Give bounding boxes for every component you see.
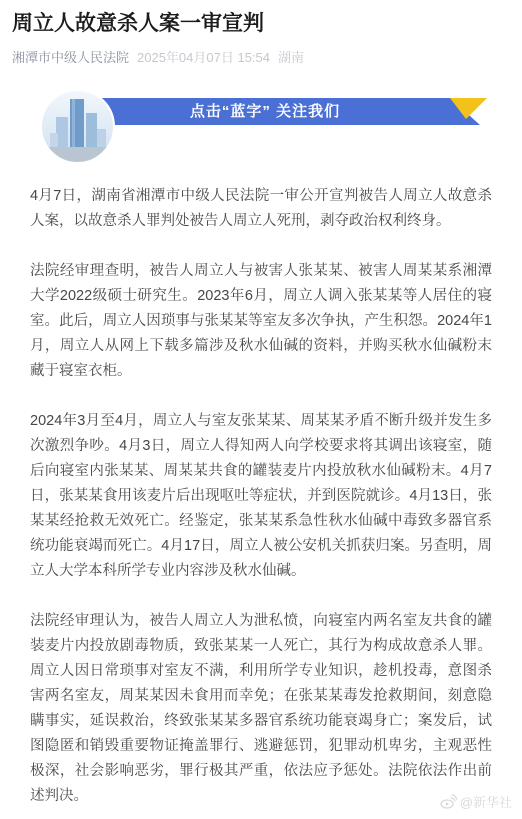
ribbon-fold-icon [450, 98, 488, 125]
follow-us-ribbon-bar[interactable]: 点击“蓝字” 关注我们 [80, 98, 450, 125]
watermark-text: @新华社 [460, 792, 512, 811]
article-paragraph: 4月7日，湖南省湘潭市中级人民法院一审公开宣判被告人周立人故意杀人案，以故意杀人… [30, 184, 492, 234]
watermark: @新华社 [440, 792, 512, 811]
follow-us-banner[interactable]: 点击“蓝字” 关注我们 [0, 89, 522, 163]
article-paragraph: 法院经审理查明，被告人周立人与被害人张某某、被害人周某某系湘潭大学2022级硕士… [30, 259, 492, 384]
publish-date: 2025年04月07日 15:54 [137, 47, 270, 66]
account-name-link[interactable]: 湘潭市中级人民法院 [12, 47, 129, 66]
article-header: 周立人故意杀人案一审宣判 湘潭市中级人民法院 2025年04月07日 15:54… [0, 0, 522, 66]
article-meta: 湘潭市中级人民法院 2025年04月07日 15:54 湖南 [12, 47, 508, 66]
publish-region: 湖南 [278, 47, 304, 66]
article-paragraph: 2024年3月至4月，周立人与室友张某某、周某某矛盾不断升级并发生多次激烈争吵。… [30, 409, 492, 584]
article-paragraph: 法院经审理认为，被告人周立人为泄私愤，向寝室内两名室友共食的罐装麦片内投放剧毒物… [30, 609, 492, 809]
weibo-logo-icon [440, 794, 457, 809]
city-skyline-icon[interactable] [40, 89, 115, 164]
article-title: 周立人故意杀人案一审宣判 [12, 10, 508, 38]
article-body: 4月7日，湖南省湘潭市中级人民法院一审公开宣判被告人周立人故意杀人案，以故意杀人… [0, 184, 522, 809]
